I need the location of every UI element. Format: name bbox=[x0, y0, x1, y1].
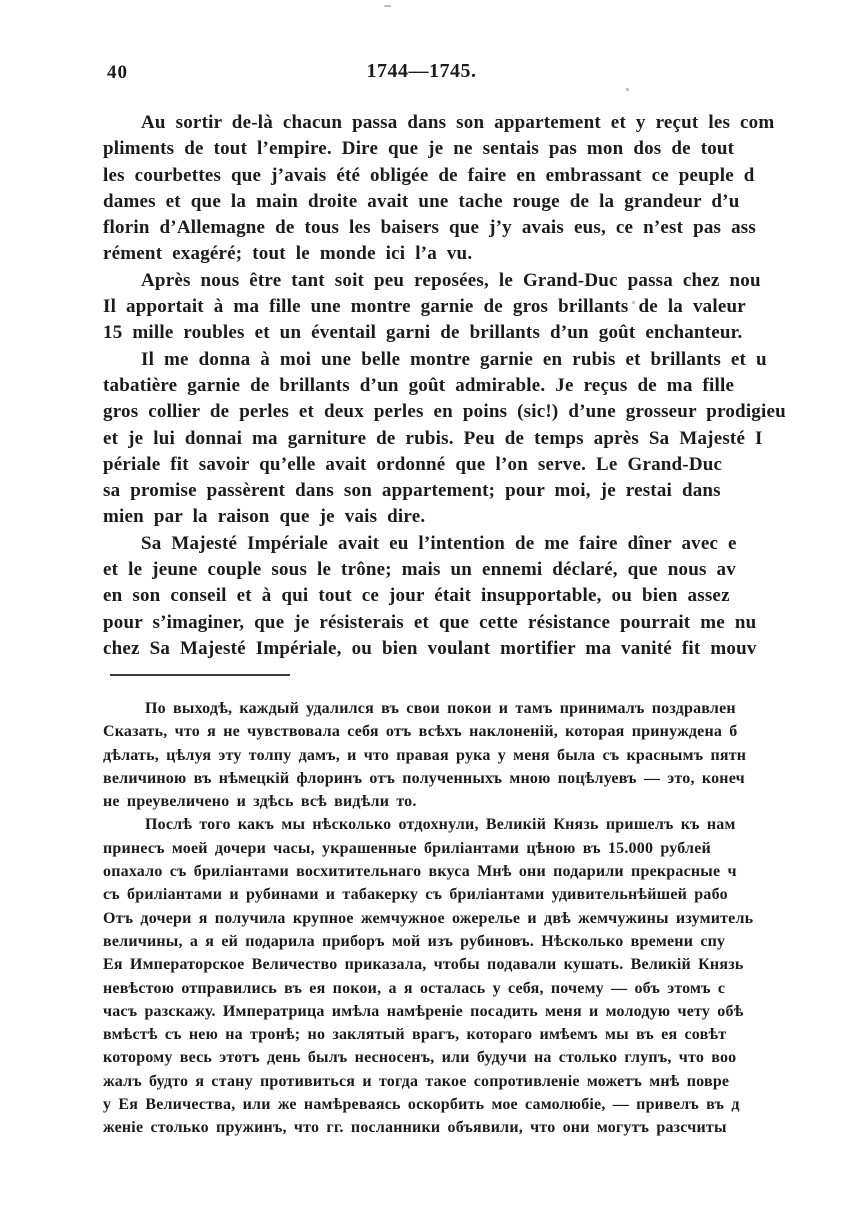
text-line: chez Sa Majesté Impériale, ou bien voula… bbox=[103, 636, 843, 662]
text-line: жалъ будто я стану противиться и тогда т… bbox=[103, 1070, 843, 1093]
text-line: не преувеличено и здѣсь всѣ видѣли то. bbox=[103, 790, 843, 813]
text-line: Ея Императорское Величество приказала, ч… bbox=[103, 953, 843, 976]
text-line: дѣлать, цѣлуя эту толпу дамъ, и что прав… bbox=[103, 744, 843, 767]
text-line: sa promise passèrent dans son appartemen… bbox=[103, 478, 843, 504]
text-line: опахало съ бриліантами восхитительнаго в… bbox=[103, 860, 843, 883]
scan-speck bbox=[632, 301, 635, 304]
scan-speck bbox=[384, 5, 391, 7]
text-line: женіе столько пружинъ, что гг. посланник… bbox=[103, 1116, 843, 1139]
footnote-separator-rule bbox=[110, 674, 290, 676]
text-line: которому весь этотъ день былъ несносенъ,… bbox=[103, 1046, 843, 1069]
french-text-block: Au sortir de-là chacun passa dans son ap… bbox=[103, 110, 843, 662]
text-line: у Ея Величества, или же намѣреваясь оско… bbox=[103, 1093, 843, 1116]
text-line: величины, а я ей подарила приборъ мой из… bbox=[103, 930, 843, 953]
text-line: en son conseil et à qui tout ce jour éta… bbox=[103, 583, 843, 609]
text-line: 15 mille roubles et un éventail garni de… bbox=[103, 320, 843, 346]
text-line: Il apportait à ma fille une montre garni… bbox=[103, 294, 843, 320]
text-line: Au sortir de-là chacun passa dans son ap… bbox=[103, 110, 843, 136]
text-line: florin d’Allemagne de tous les baisers q… bbox=[103, 215, 843, 241]
book-page: 40 1744—1745. Au sortir de-là chacun pas… bbox=[0, 0, 843, 1218]
text-line: съ бриліантами и рубинами и табакерку съ… bbox=[103, 883, 843, 906]
text-line: tabatière garnie de brillants d’un goût … bbox=[103, 373, 843, 399]
text-line: et je lui donnai ma garniture de rubis. … bbox=[103, 426, 843, 452]
text-line: périale fit savoir qu’elle avait ordonné… bbox=[103, 452, 843, 478]
text-line: les courbettes que j’avais été obligée d… bbox=[103, 163, 843, 189]
text-line: mien par la raison que je vais dire. bbox=[103, 504, 843, 530]
text-line: rément exagéré; tout le monde ici l’a vu… bbox=[103, 241, 843, 267]
russian-footnote-block: По выходѣ, каждый удалился въ свои покои… bbox=[103, 697, 843, 1140]
text-line: gros collier de perles et deux perles en… bbox=[103, 399, 843, 425]
text-line: Послѣ того какъ мы нѣсколько отдохнули, … bbox=[103, 813, 843, 836]
scan-speck bbox=[626, 88, 629, 91]
text-line: dames et que la main droite avait une ta… bbox=[103, 189, 843, 215]
text-line: вмѣстѣ съ нею на тронѣ; но заклятый враг… bbox=[103, 1023, 843, 1046]
text-line: По выходѣ, каждый удалился въ свои покои… bbox=[103, 697, 843, 720]
text-line: Sa Majesté Impériale avait eu l’intentio… bbox=[103, 531, 843, 557]
text-line: et le jeune couple sous le trône; mais u… bbox=[103, 557, 843, 583]
text-line: часъ разскажу. Императрица имѣла намѣрен… bbox=[103, 1000, 843, 1023]
text-line: принесъ моей дочери часы, украшенные бри… bbox=[103, 837, 843, 860]
text-line: pliments de tout l’empire. Dire que je n… bbox=[103, 136, 843, 162]
text-line: невѣстою отправились въ ея покои, а я ос… bbox=[103, 977, 843, 1000]
text-line: Сказать, что я не чувствовала себя отъ в… bbox=[103, 720, 843, 743]
text-line: Отъ дочери я получила крупное жемчужное … bbox=[103, 907, 843, 930]
running-head-years: 1744—1745. bbox=[0, 60, 843, 83]
text-line: Il me donna à moi une belle montre garni… bbox=[103, 347, 843, 373]
text-line: Après nous être tant soit peu reposées, … bbox=[103, 268, 843, 294]
text-line: величиною въ нѣмецкій флоринъ отъ получе… bbox=[103, 767, 843, 790]
text-line: pour s’imaginer, que je résisterais et q… bbox=[103, 610, 843, 636]
